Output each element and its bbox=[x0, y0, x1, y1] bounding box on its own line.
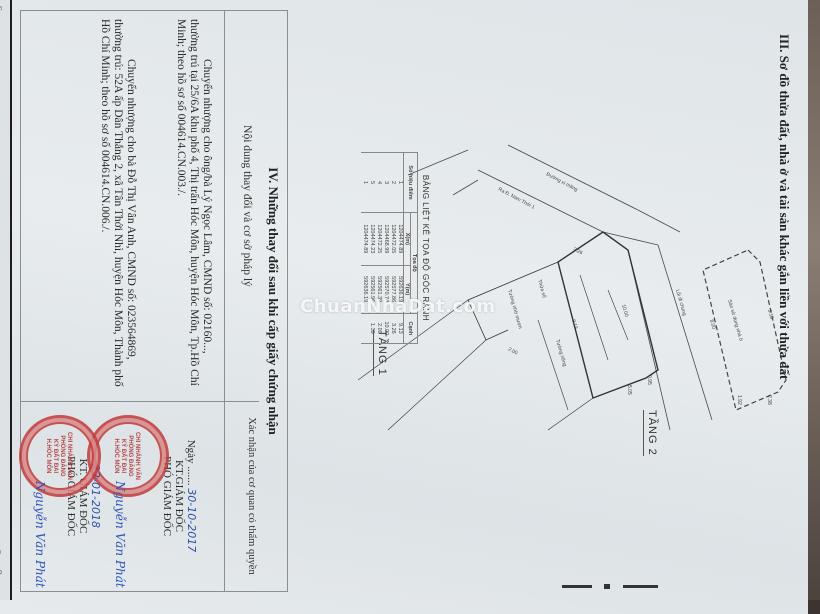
svg-text:0.95: 0.95 bbox=[646, 375, 652, 385]
floor2-label: TẦNG 2 bbox=[643, 410, 658, 456]
changes-column-header: Nội dung thay đổi và cơ sở pháp lý bbox=[241, 11, 253, 401]
section-4-changes: IV. Những thay đổi sau khi cấp giấy chứn… bbox=[20, 10, 288, 592]
col-edge: Cạnh bbox=[404, 313, 418, 343]
previous-page-edge: 3 8 8 ✓ bbox=[0, 0, 12, 600]
signature-1: Nguyễn Văn Phát bbox=[113, 481, 127, 588]
wall-own-label: Tường riêng bbox=[554, 339, 567, 368]
svg-text:10.00: 10.00 bbox=[620, 304, 629, 318]
section-4-title: IV. Những thay đổi sau khi cấp giấy chứn… bbox=[265, 11, 281, 591]
change-entry-2: Chuyển nhượng cho bà Đỗ Thị Vân Anh, CMN… bbox=[98, 19, 137, 389]
svg-text:1.92: 1.92 bbox=[736, 395, 742, 405]
svg-text:3.13: 3.13 bbox=[766, 309, 775, 320]
svg-text:9.13: 9.13 bbox=[570, 319, 579, 330]
svg-text:2.00: 2.00 bbox=[507, 346, 519, 356]
svg-text:3.26: 3.26 bbox=[572, 246, 584, 256]
confirmation-entry-1: Ngày ....... 30-10-2017 KT.GIÁM ĐỐC PHÓ … bbox=[161, 403, 197, 589]
col-point: Số hiệu điểm bbox=[404, 153, 418, 213]
svg-text:2.38: 2.38 bbox=[766, 395, 772, 405]
watermark: ChuanNhaDat.com bbox=[300, 296, 496, 317]
svg-text:5.05: 5.05 bbox=[626, 385, 632, 395]
change-entry-1: Chuyển nhượng cho ông/bà Lý Ngọc Lâm, CM… bbox=[174, 19, 213, 389]
neighbor-label: Thửa số bbox=[536, 279, 548, 299]
official-stamp-2: CHI NHÁNH VĂN PHÒNG ĐĂNG KÝ ĐẤT ĐAI H.HÓ… bbox=[19, 415, 101, 497]
signature-2: Nguyễn Văn Phát bbox=[33, 481, 47, 588]
floor2-area-note: Sàn sử dụng nhà ở bbox=[726, 299, 745, 343]
road-label-name: Ra Đ. Nam Thới 1 bbox=[497, 186, 536, 210]
road-label-cement: Đường xi măng bbox=[545, 171, 579, 193]
col-x: X(m) bbox=[404, 213, 411, 266]
svg-text:8.00: 8.00 bbox=[708, 319, 717, 330]
confirmation-column-header: Xác nhận của cơ quan có thẩm quyền bbox=[245, 403, 257, 589]
wall-borrowed-label: Tường nhờ mượn bbox=[506, 289, 523, 330]
scale-bar bbox=[548, 578, 658, 596]
handwritten-date-1: 30-10-2017 bbox=[185, 488, 198, 552]
background-surface bbox=[808, 0, 820, 614]
